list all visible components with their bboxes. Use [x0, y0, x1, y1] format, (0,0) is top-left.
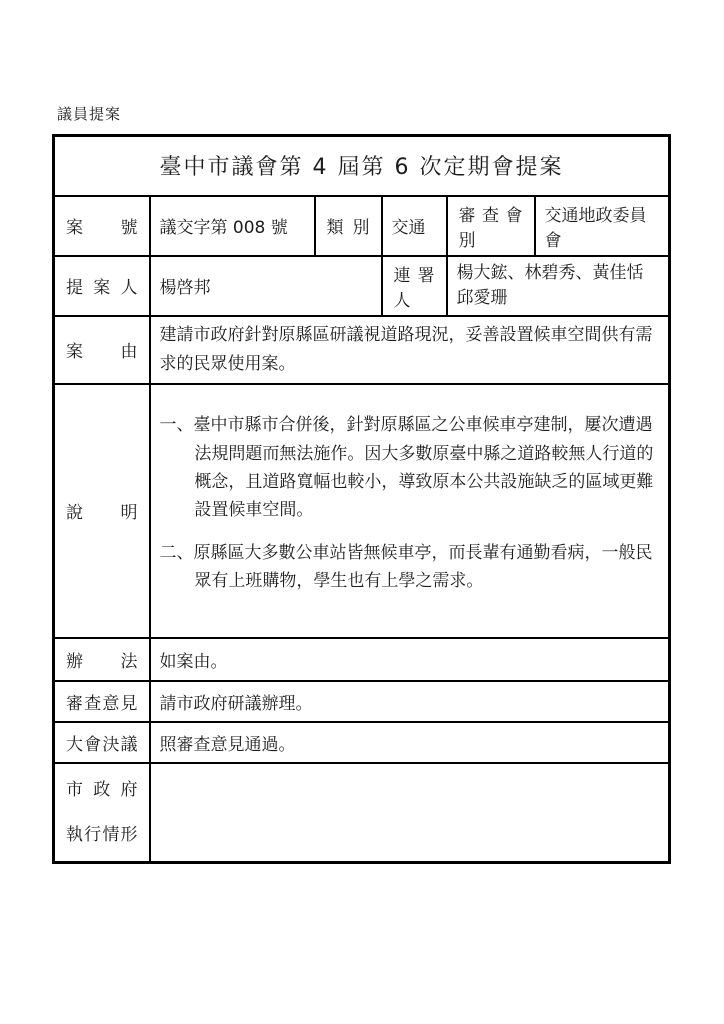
explanation-item-2: 二、原縣區大多數公車站皆無候車亭，而長輩有通勤看病，一般民眾有上班購物，學生也有…: [160, 539, 660, 595]
review-committee-label: 審查會別: [447, 196, 535, 256]
doc-type-label: 議員提案: [57, 103, 121, 124]
review-committee-value: 交通地政委員會: [535, 196, 670, 256]
review-opinion-label: 審查意見: [54, 681, 150, 722]
subject-label: 案由: [54, 316, 150, 384]
case-number-label: 案號: [54, 196, 150, 256]
document-page: 議員提案 臺中市議會第 4 屆第 6 次定期會提案 案號 議交字第 008 號 …: [0, 0, 724, 1024]
form-title: 臺中市議會第 4 屆第 6 次定期會提案: [54, 136, 670, 196]
execution-row: 市政府 執行情形: [54, 763, 670, 863]
category-label: 類別: [315, 196, 382, 256]
assembly-resolution-row: 大會決議 照審查意見通過。: [54, 722, 670, 763]
proposal-form-table: 臺中市議會第 4 屆第 6 次定期會提案 案號 議交字第 008 號 類別 交通…: [52, 134, 671, 864]
method-value: 如案由。: [150, 638, 670, 681]
review-opinion-value: 請市政府研議辦理。: [150, 681, 670, 722]
proposer-row: 提案人 楊啓邦 連署人 楊大鋐、林碧秀、黃佳恬 邱愛珊: [54, 256, 670, 316]
review-opinion-row: 審查意見 請市政府研議辦理。: [54, 681, 670, 722]
execution-label: 市政府 執行情形: [54, 763, 150, 863]
method-label: 辦法: [54, 638, 150, 681]
explanation-row: 說明 一、臺中市縣市合併後，針對原縣區之公車候車亭建制，屢次遭遇法規問題而無法施…: [54, 384, 670, 638]
proposer-value: 楊啓邦: [150, 256, 382, 316]
case-number-row: 案號 議交字第 008 號 類別 交通 審查會別 交通地政委員會: [54, 196, 670, 256]
case-number-value: 議交字第 008 號: [150, 196, 315, 256]
explanation-value: 一、臺中市縣市合併後，針對原縣區之公車候車亭建制，屢次遭遇法規問題而無法施作。因…: [150, 384, 670, 638]
explanation-item-1: 一、臺中市縣市合併後，針對原縣區之公車候車亭建制，屢次遭遇法規問題而無法施作。因…: [160, 411, 660, 524]
category-value: 交通: [382, 196, 447, 256]
assembly-resolution-label: 大會決議: [54, 722, 150, 763]
method-row: 辦法 如案由。: [54, 638, 670, 681]
proposer-label: 提案人: [54, 256, 150, 316]
title-row: 臺中市議會第 4 屆第 6 次定期會提案: [54, 136, 670, 196]
subject-row: 案由 建請市政府針對原縣區研議視道路現況，妥善設置候車空間供有需求的民眾使用案。: [54, 316, 670, 384]
assembly-resolution-value: 照審查意見通過。: [150, 722, 670, 763]
cosigners-value: 楊大鋐、林碧秀、黃佳恬 邱愛珊: [447, 256, 670, 316]
cosigners-label: 連署人: [382, 256, 447, 316]
subject-value: 建請市政府針對原縣區研議視道路現況，妥善設置候車空間供有需求的民眾使用案。: [150, 316, 670, 384]
explanation-label: 說明: [54, 384, 150, 638]
execution-value: [150, 763, 670, 863]
